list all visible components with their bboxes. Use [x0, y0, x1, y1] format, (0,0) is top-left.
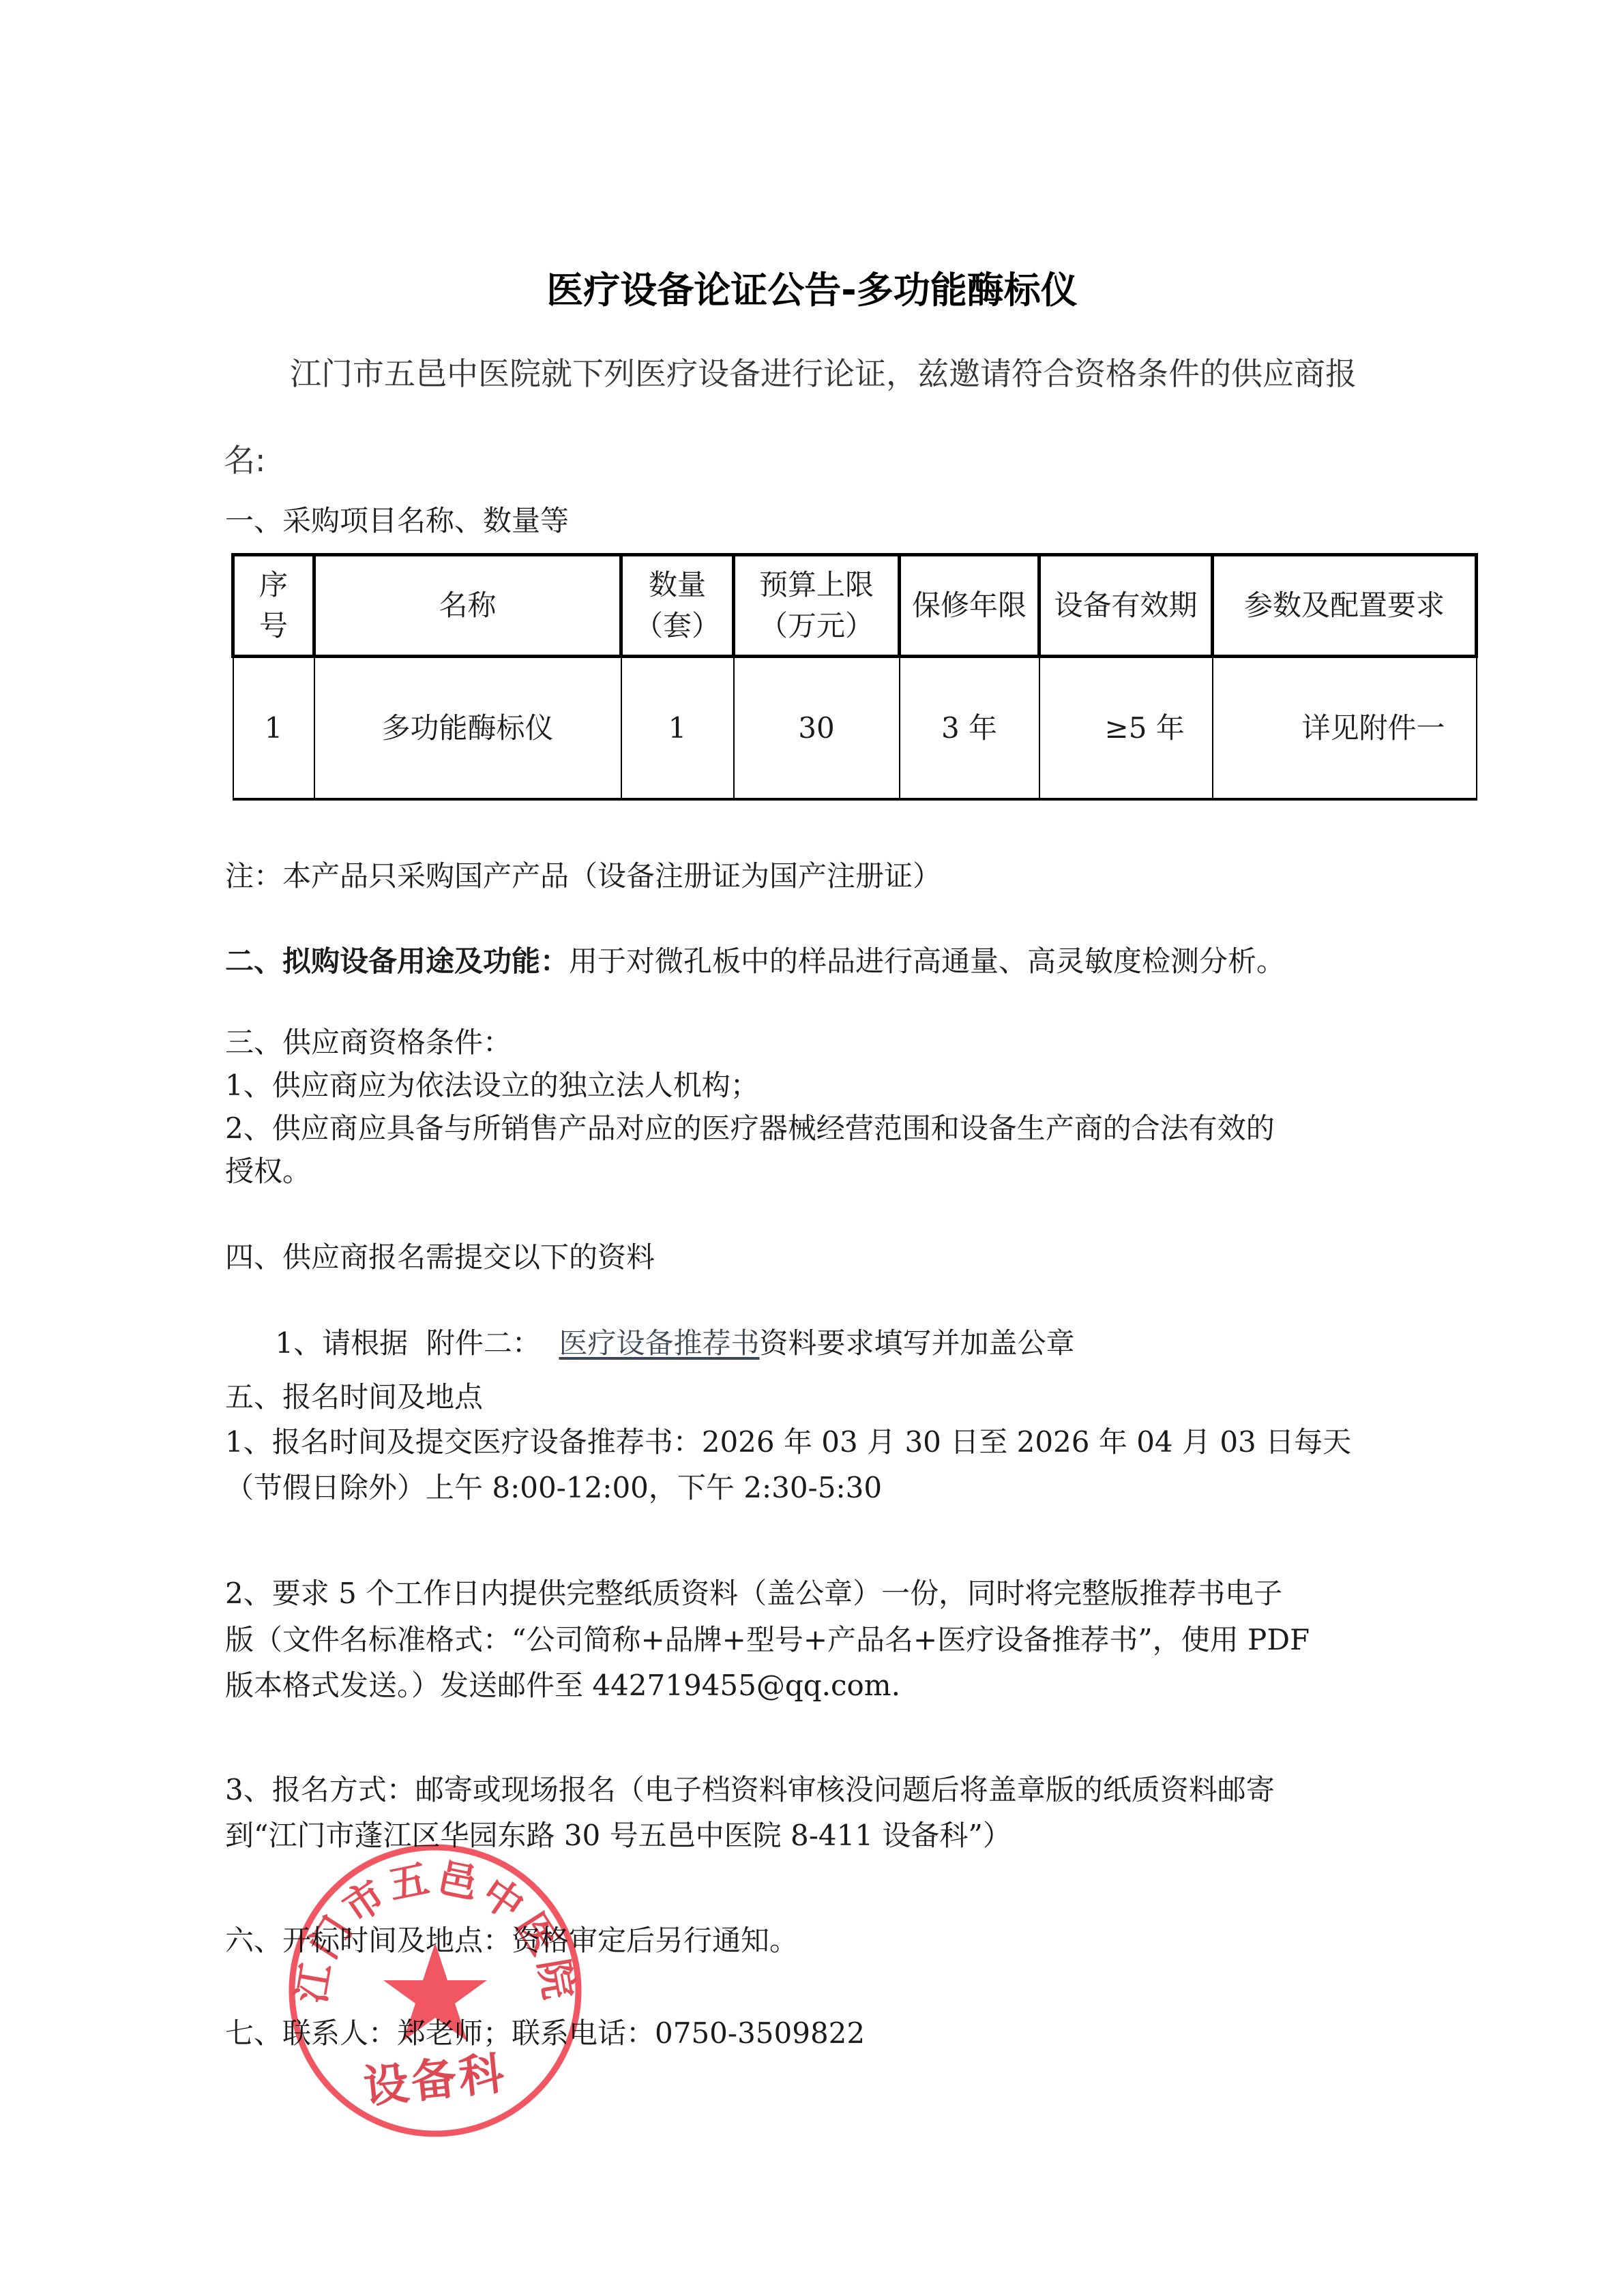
- section4-item-suffix: 资料要求填写并加盖公章: [760, 1326, 1075, 1360]
- section1-heading: 一、采购项目名称、数量等: [225, 499, 569, 542]
- section5-heading: 五、报名时间及地点: [225, 1375, 483, 1418]
- section5-item1-line2: （节假日除外）上午 8:00-12:00，下午 2:30-5:30: [225, 1466, 882, 1509]
- section5-item2-line2: 版（文件名标准格式：“公司简称+品牌+型号+产品名+医疗设备推荐书”，使用 PD…: [225, 1618, 1310, 1661]
- section6-text: 六、开标时间及地点：资格审定后另行通知。: [225, 1919, 798, 1962]
- procurement-table: 序号 名称 数量（套） 预算上限（万元） 保修年限 设备有效期 参数及配置要求 …: [231, 553, 1478, 801]
- header-cell-specs: 参数及配置要求: [1213, 555, 1477, 657]
- seal-graphic: 江门市五邑中医院 设备科: [286, 1842, 584, 2139]
- table-row: 1 多功能酶标仪 1 30 3 年 ≥5 年 详见附件一: [233, 657, 1477, 800]
- intro-text-line2: 名:: [224, 440, 266, 481]
- document-page: 医疗设备论证公告-多功能酶标仪 江门市五邑中医院就下列医疗设备进行论证，兹邀请符…: [0, 0, 1624, 2296]
- cell-warranty: 3 年: [900, 657, 1039, 800]
- page-title: 医疗设备论证公告-多功能酶标仪: [0, 267, 1624, 314]
- domestic-product-note: 注：本产品只采购国产产品（设备注册证为国产注册证）: [225, 854, 941, 897]
- header-cell-warranty: 保修年限: [900, 555, 1039, 657]
- section3-item-1: 1、供应商应为依法设立的独立法人机构；: [225, 1064, 759, 1107]
- recommendation-form-link[interactable]: 医疗设备推荐书: [559, 1326, 760, 1360]
- section2-label: 二、拟购设备用途及功能：: [225, 944, 569, 978]
- section3-heading: 三、供应商资格条件：: [225, 1021, 512, 1064]
- section3-item-2-cont: 授权。: [225, 1150, 311, 1193]
- cell-quantity: 1: [621, 657, 734, 800]
- official-seal: 江门市五邑中医院 设备科: [286, 1842, 584, 2139]
- section2-paragraph: 二、拟购设备用途及功能：用于对微孔板中的样品进行高通量、高灵敏度检测分析。: [225, 940, 1285, 983]
- table-header-row: 序号 名称 数量（套） 预算上限（万元） 保修年限 设备有效期 参数及配置要求: [233, 555, 1477, 657]
- section4-heading: 四、供应商报名需提交以下的资料: [225, 1236, 655, 1279]
- seal-department-text: 设备科: [361, 2046, 509, 2114]
- cell-validity: ≥5 年: [1039, 657, 1213, 800]
- cell-specs: 详见附件一: [1213, 657, 1477, 800]
- header-cell-quantity: 数量（套）: [621, 555, 734, 657]
- section5-item3-line2: 到“江门市蓬江区华园东路 30 号五邑中医院 8-411 设备科”）: [225, 1814, 1012, 1857]
- header-cell-budget: 预算上限（万元）: [734, 555, 900, 657]
- section5-item3-line1: 3、报名方式：邮寄或现场报名（电子档资料审核没问题后将盖章版的纸质资料邮寄: [225, 1768, 1275, 1811]
- header-cell-validity: 设备有效期: [1039, 555, 1213, 657]
- section2-text: 用于对微孔板中的样品进行高通量、高灵敏度检测分析。: [569, 944, 1285, 978]
- header-cell-name: 名称: [314, 555, 621, 657]
- section5-item1-line1: 1、报名时间及提交医疗设备推荐书：2026 年 03 月 30 日至 2026 …: [225, 1420, 1351, 1463]
- cell-index: 1: [233, 657, 314, 800]
- section5-item2-line1: 2、要求 5 个工作日内提供完整纸质资料（盖公章）一份，同时将完整版推荐书电子: [225, 1572, 1282, 1615]
- section3-item-2: 2、供应商应具备与所销售产品对应的医疗器械经营范围和设备生产商的合法有效的: [225, 1107, 1275, 1150]
- section5-item2-line3: 版本格式发送。）发送邮件至 442719455@qq.com.: [225, 1664, 900, 1707]
- section7-contact: 七、联系人：郑老师；联系电话：0750-3509822: [225, 2012, 865, 2055]
- cell-budget: 30: [734, 657, 900, 800]
- cell-name: 多功能酶标仪: [314, 657, 621, 800]
- intro-text-line1: 江门市五邑中医院就下列医疗设备进行论证，兹邀请符合资格条件的供应商报: [290, 353, 1357, 394]
- header-cell-index: 序号: [233, 555, 314, 657]
- section4-item-prefix: 1、请根据 附件二：: [275, 1326, 559, 1360]
